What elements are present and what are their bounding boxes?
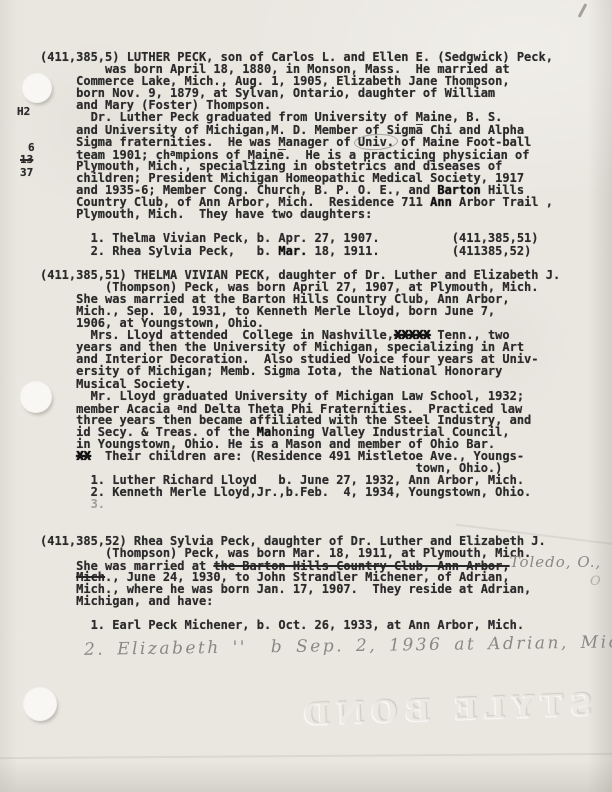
pencil-stray-mark: O — [590, 574, 601, 589]
text-segment: 2. Kenneth Merle Lloyd,Jr.,b.Feb. 4, 193… — [40, 485, 531, 499]
text-segment: Plymouth, Mich. They have two daughters: — [40, 207, 372, 221]
text-segment: Mr. Lloyd graduated University of Michig… — [40, 389, 524, 403]
text-segment: 18, 1911. (411385,52) — [307, 244, 531, 258]
punch-hole — [23, 687, 57, 721]
text-segment: Univ. — [358, 135, 394, 149]
text-segment: Arbor Trail , — [452, 195, 553, 209]
text-segment: anager of — [286, 135, 358, 149]
text-segment: Mar. — [278, 244, 307, 258]
text-segment: (Thompson) Peck, was born Mar. 18, 1911,… — [40, 546, 531, 560]
text-line: 3. — [40, 498, 601, 510]
text-line: 2. Rhea Sylvia Peck, b. Mar. 18, 1911. (… — [40, 245, 601, 257]
text-line: 2. Kenneth Merle Lloyd,Jr.,b.Feb. 4, 193… — [40, 486, 601, 498]
text-segment: Ann — [430, 195, 452, 209]
text-segment: 1. Earl Peck Michener, b. Oct. 26, 1933,… — [40, 618, 524, 632]
handwritten-correction: Toledo, O., — [510, 553, 602, 571]
text-segment: Sigma fraternities. He was — [40, 135, 278, 149]
text-line: 1. Earl Peck Michener, b. Oct. 26, 1933,… — [40, 619, 601, 631]
text-segment: of Maine Foot-ball — [394, 135, 531, 149]
margin-note: 13 — [20, 153, 33, 166]
text-segment: Michigan, and have: — [40, 594, 213, 608]
text-line: Michigan, and have: — [40, 595, 601, 607]
margin-note: 37 — [20, 166, 33, 179]
margin-note: H2 — [17, 105, 30, 118]
text-line: Mr. Lloyd graduated University of Michig… — [40, 390, 601, 402]
text-segment: 2. Rhea Sylvia Peck, b. — [40, 244, 278, 258]
text-segment — [40, 497, 91, 511]
text-line: Plymouth, Mich. They have two daughters: — [40, 208, 601, 220]
text-line: Sigma fraternities. He was Manager of Un… — [40, 136, 601, 148]
text-line — [40, 511, 601, 523]
typed-text: (411,385,5) LUTHER PECK, son of Carlos L… — [40, 51, 601, 632]
text-segment: 3. — [91, 497, 105, 511]
